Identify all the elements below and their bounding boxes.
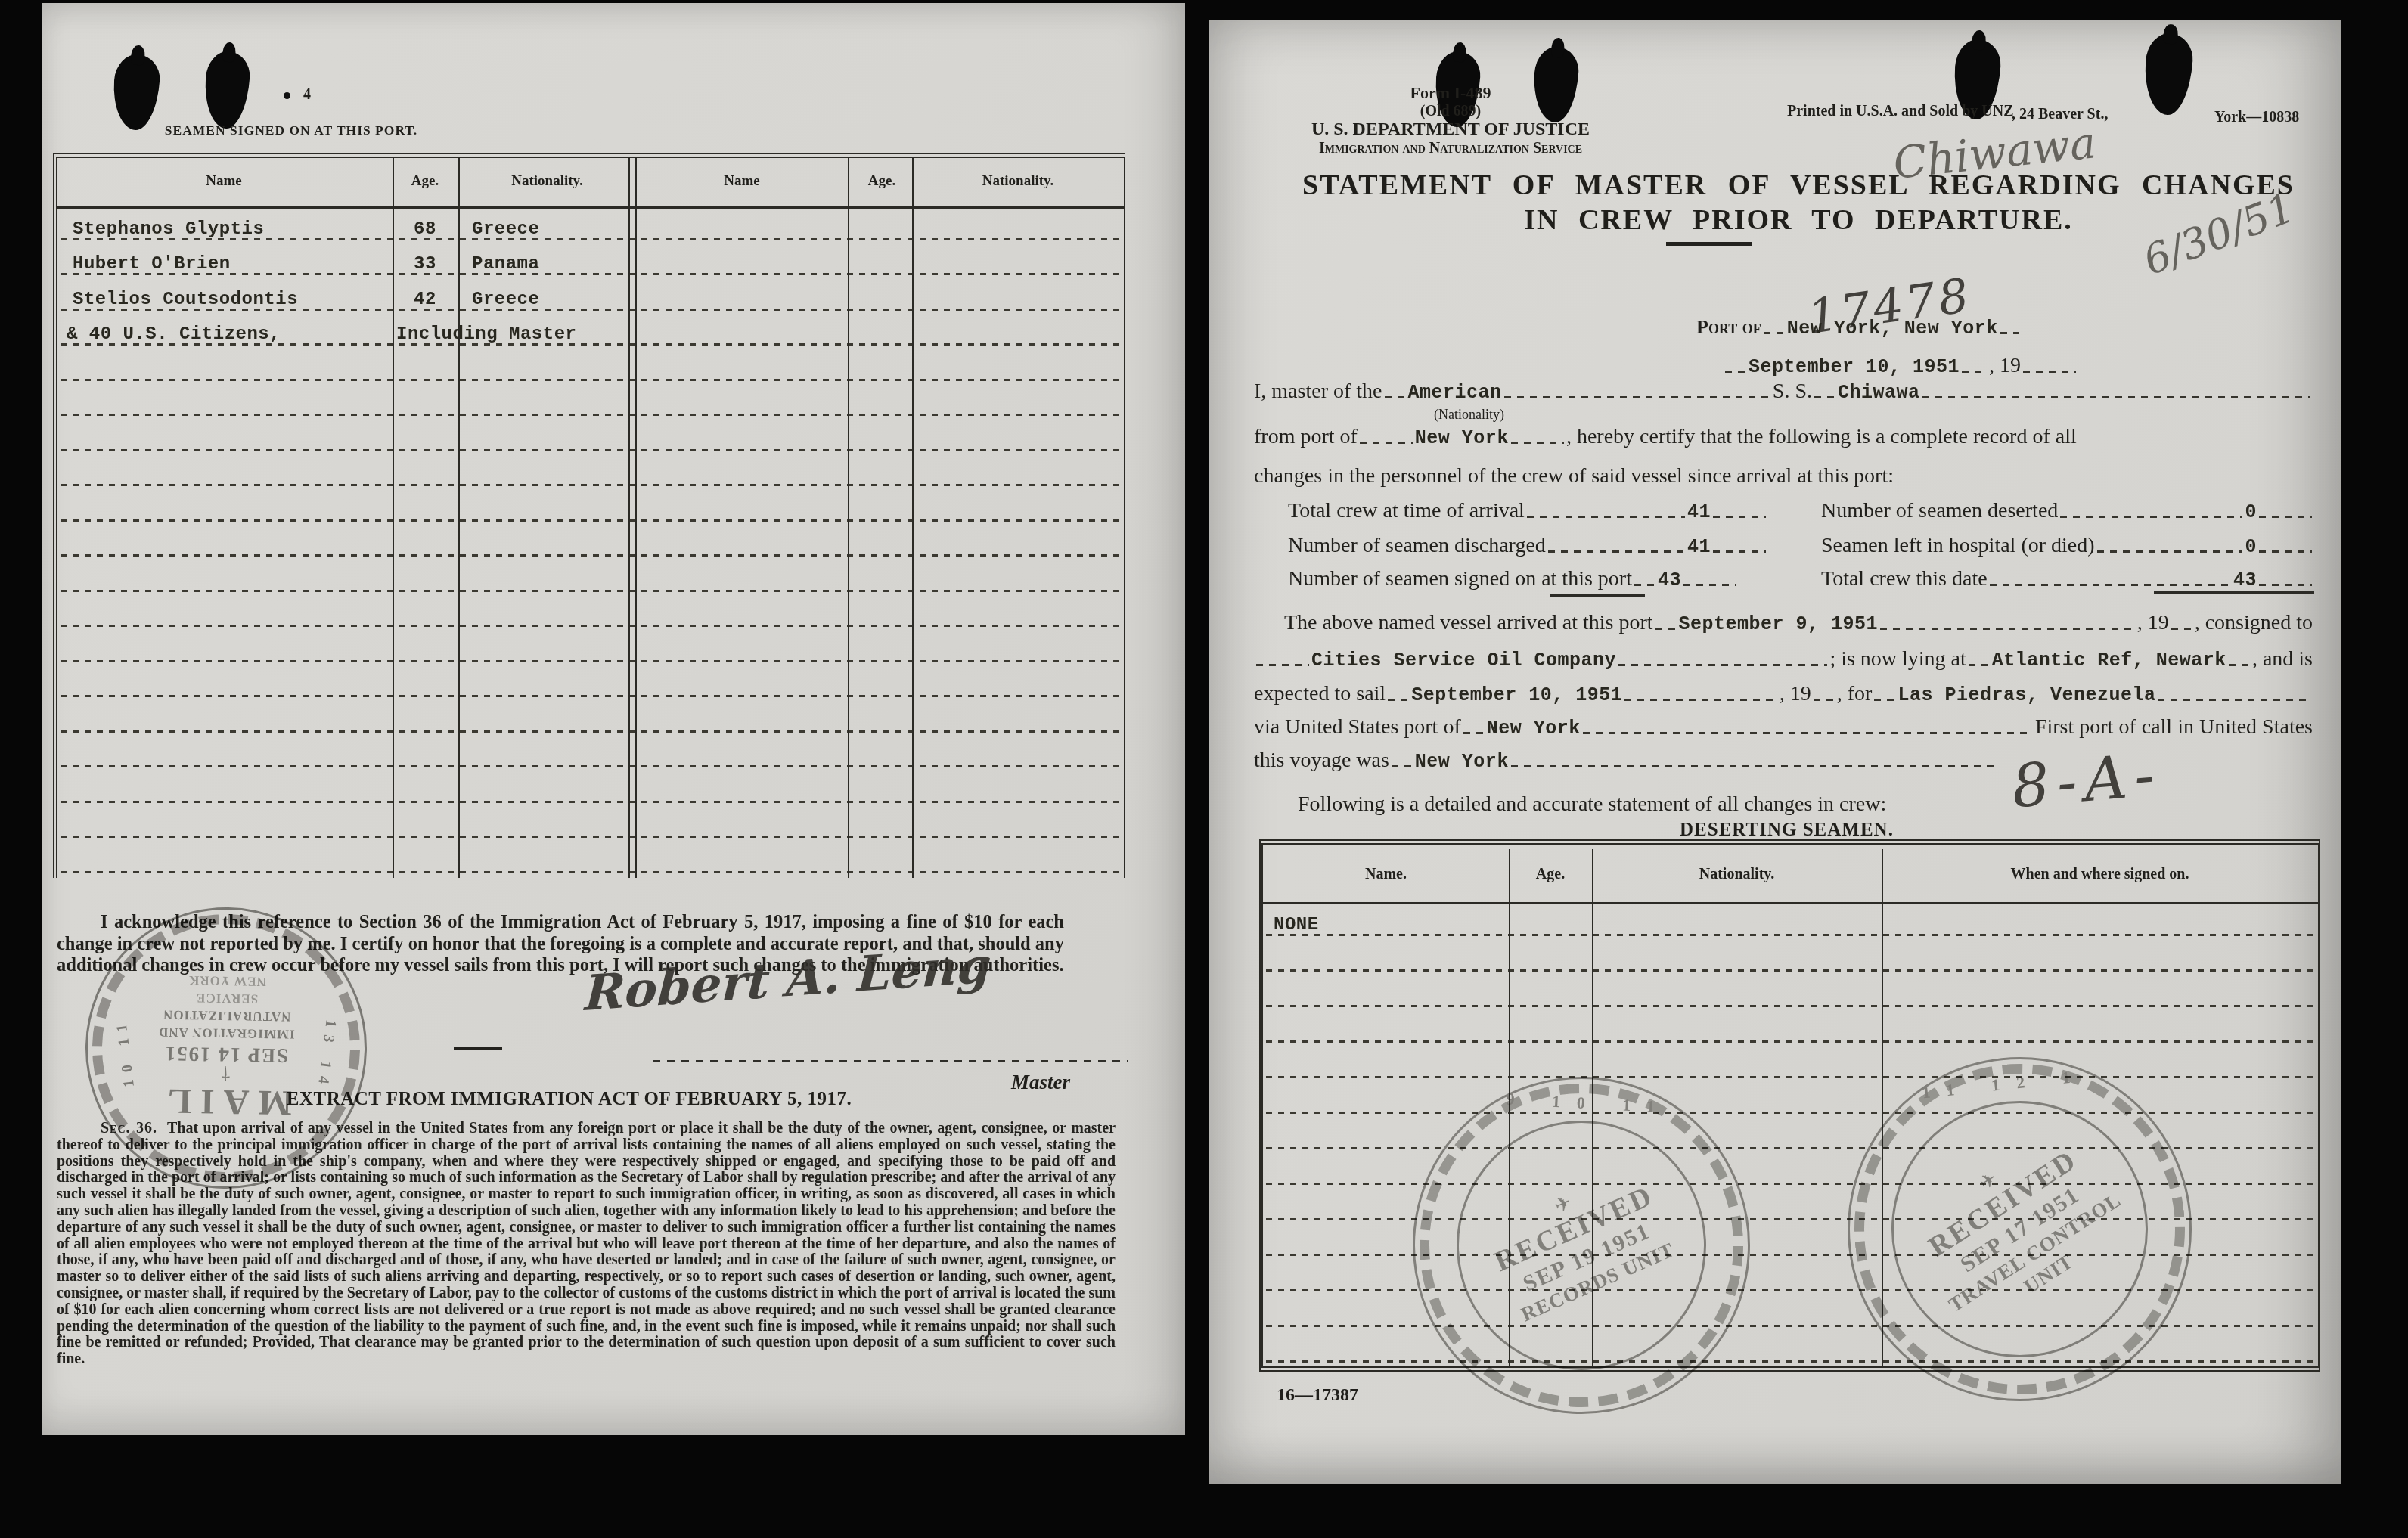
punch-hole-icon <box>111 53 162 132</box>
empty-table-row <box>57 560 1124 596</box>
arrived-date: September 9, 1951 <box>1679 613 1879 635</box>
column-header-age: Age. <box>1509 866 1592 883</box>
from-port-tail: , hereby certify that the following is a… <box>1566 425 2077 449</box>
for-label: , for <box>1837 682 1873 706</box>
column-divider <box>458 158 460 878</box>
row-note: Including Master <box>396 324 576 345</box>
dashed-line <box>61 309 1121 311</box>
following-line: Following is a detailed and accurate sta… <box>1298 792 1886 817</box>
column-divider <box>1509 849 1510 1366</box>
and-is-label: , and is <box>2252 647 2313 671</box>
none-entry: NONE <box>1274 915 1319 935</box>
dashed-line <box>1266 934 2315 936</box>
page-number: 4 <box>303 86 311 104</box>
dashed-line <box>1874 699 1895 701</box>
stat-line: Seamen left in hospital (or died) 0 <box>1821 534 2314 558</box>
seaman-name: Stephanos Glyptis <box>73 219 264 240</box>
extract-heading: EXTRACT FROM IMMIGRATION ACT OF FEBRUARY… <box>42 1089 1097 1110</box>
dashed-line <box>61 836 1121 838</box>
stamp-date: SEP 14 1951 <box>163 1042 288 1068</box>
section-rule <box>454 1047 502 1050</box>
dashed-line <box>1266 1147 2315 1149</box>
form-number: Form I-489 <box>1292 83 1609 103</box>
dashed-line <box>1266 1076 2315 1078</box>
dashed-line <box>2259 516 2312 518</box>
printer-line: Printed in U.S.A. and Sold by UNZ <box>1787 103 2014 120</box>
dashed-line <box>1548 550 1685 553</box>
dashed-line <box>1256 664 1309 666</box>
stat-value: 0 <box>2245 536 2257 558</box>
vessel-nationality-value: American <box>1408 382 1502 404</box>
consignee-value: Cities Service Oil Company <box>1311 650 1616 671</box>
stat-label: Number of seamen signed on at this port <box>1288 567 1632 591</box>
punch-hole-icon <box>203 50 252 130</box>
handwritten-code: 8-A- <box>2009 741 2164 822</box>
empty-table-row <box>57 385 1124 420</box>
stat-line: Number of seamen discharged 41 <box>1288 534 1768 558</box>
dashed-line <box>1266 1325 2315 1327</box>
stat-line: Number of seamen signed on at this port … <box>1288 567 1768 591</box>
date-value: September 10, 1951 <box>1749 356 1960 378</box>
column-header-nationality: Nationality. <box>1592 866 1882 883</box>
dashed-line <box>1392 765 1413 767</box>
dashed-line <box>1504 396 1770 398</box>
agency-name: U. S. DEPARTMENT OF JUSTICE <box>1292 119 1609 140</box>
dashed-line <box>61 801 1121 803</box>
dashed-line <box>61 660 1121 662</box>
table-rows: NONE <box>1263 904 2318 1366</box>
empty-table-row <box>57 490 1124 526</box>
dashed-line <box>1962 371 1987 373</box>
master-line: I, master of the American S. S. Chiwawa <box>1254 380 2313 404</box>
empty-table-row <box>1263 1260 2318 1295</box>
arrival-line-4: via United States port of New York First… <box>1254 715 2313 740</box>
printer-line: York—10838 <box>2214 109 2299 126</box>
dashed-line <box>2158 699 2310 701</box>
table-row: NONE <box>1263 904 2318 940</box>
dashed-line <box>1725 371 1746 373</box>
column-header-name: Name. <box>1263 866 1509 883</box>
column-header-when-where: When and where signed on. <box>1882 866 2318 883</box>
seaman-age: 33 <box>394 254 456 274</box>
stat-label: Total crew at time of arrival <box>1288 499 1525 523</box>
dashed-line <box>2171 628 2192 630</box>
form-id-block: Form I-489 (Old 689) U. S. DEPARTMENT OF… <box>1292 83 1609 157</box>
dashed-line <box>2023 371 2076 373</box>
seaman-nationality: Greece <box>472 219 539 240</box>
dashed-line <box>2259 584 2312 586</box>
dashed-line <box>1624 699 1777 701</box>
dashed-line <box>1511 765 2000 767</box>
ss-label: S. S. <box>1773 380 1812 404</box>
signature-line <box>653 1060 1128 1062</box>
empty-table-row <box>57 771 1124 807</box>
deserting-seamen-table: Name. Age. Nationality. When and where s… <box>1259 839 2320 1372</box>
dashed-line <box>1922 396 2310 398</box>
stat-label: Number of seamen discharged <box>1288 534 1546 558</box>
table-row: ✓ Hubert O'Brien 33 Panama <box>57 244 1124 280</box>
sail-lead: expected to sail <box>1254 682 1386 706</box>
seaman-name: & 40 U.S. Citizens, <box>67 324 281 345</box>
stamp-org: IMMIGRATION AND <box>158 1025 295 1042</box>
dashed-line <box>1266 1183 2315 1185</box>
dashed-line <box>1511 442 1564 444</box>
dashed-line <box>2259 550 2312 553</box>
dashed-line <box>61 449 1121 451</box>
dashed-line <box>1388 699 1409 701</box>
destination-value: Las Piedras, Venezuela <box>1898 684 2155 706</box>
voyage-lead: this voyage was <box>1254 749 1389 773</box>
title-rule <box>1666 242 1752 246</box>
consigned-label: , consigned to <box>2195 611 2313 635</box>
dashed-line <box>1634 584 1655 586</box>
empty-table-row <box>57 596 1124 631</box>
column-divider <box>393 158 394 878</box>
extract-text: That upon arrival of any vessel in the U… <box>57 1120 1116 1367</box>
stamp-ring-numbers: 13 14 <box>313 1019 339 1092</box>
dashed-line <box>61 554 1121 557</box>
lying-label: ; is now lying at <box>1829 647 1966 671</box>
from-port-lead: from port of <box>1254 425 1358 449</box>
dashed-line <box>1990 584 2231 586</box>
dashed-line <box>1713 550 1766 553</box>
dashed-line <box>61 414 1121 416</box>
empty-table-row <box>1263 1153 2318 1189</box>
empty-table-row <box>57 842 1124 877</box>
dashed-line <box>1655 628 1677 630</box>
empty-table-row <box>57 666 1124 702</box>
column-header-nationality: Nationality. <box>916 173 1120 190</box>
ink-speck <box>284 92 290 99</box>
seaman-age: 42 <box>394 290 456 310</box>
dashed-line <box>1463 732 1485 734</box>
dashed-line <box>1618 664 1827 666</box>
table-row: & 40 U.S. Citizens, Including Master <box>57 315 1124 350</box>
table-rows: ✗ Stephanos Glyptis 68 Greece ✓ Hubert O… <box>57 209 1124 878</box>
stat-value: 43 <box>1658 569 1681 591</box>
stat-line: Total crew this date 43 <box>1821 567 2314 591</box>
year-label: , 19 <box>1780 682 1811 706</box>
dashed-line <box>1683 584 1736 586</box>
table-row: ✓ Stelios Coutsodontis 42 Greece <box>57 279 1124 315</box>
lying-at-value: Atlantic Ref, Newark <box>1992 650 2226 671</box>
first-call-label: First port of call in United States <box>2035 715 2313 740</box>
from-port-value: New York <box>1415 427 1509 449</box>
empty-table-row <box>1263 1011 2318 1047</box>
dashed-line <box>61 695 1121 697</box>
column-header-age: Age. <box>385 173 465 190</box>
dashed-line <box>1266 1289 2315 1291</box>
seaman-name: Stelios Coutsodontis <box>73 290 298 310</box>
deserting-seamen-heading: DESERTING SEAMEN. <box>1259 820 2314 841</box>
table-row: ✗ Stephanos Glyptis 68 Greece <box>57 209 1124 244</box>
arrival-lead: The above named vessel arrived at this p… <box>1284 611 1653 635</box>
dashed-line <box>61 484 1121 486</box>
form-title-line2: IN CREW PRIOR TO DEPARTURE. <box>1269 203 2328 237</box>
column-header-name: Name <box>103 173 345 190</box>
stat-value: 41 <box>1687 501 1711 523</box>
section-lead: Sec. 36. <box>101 1120 157 1136</box>
empty-table-row <box>1263 1331 2318 1366</box>
column-divider <box>848 158 849 878</box>
empty-table-row <box>1263 940 2318 975</box>
column-divider <box>1882 849 1883 1366</box>
dashed-line <box>1527 516 1685 518</box>
year-prefix: , 19 <box>1989 354 2021 378</box>
empty-table-row <box>57 736 1124 772</box>
port-of-value: New York, New York <box>1787 318 1998 340</box>
left-page-title: SEAMEN SIGNED ON AT THIS PORT. <box>102 122 480 138</box>
column-divider <box>912 158 914 878</box>
arrival-line-2: Cities Service Oil Company ; is now lyin… <box>1254 647 2313 671</box>
form-title-line1: STATEMENT OF MASTER OF VESSEL REGARDING … <box>1269 168 2328 203</box>
first-port-value: New York <box>1415 751 1509 773</box>
dashed-line <box>61 379 1121 381</box>
dashed-line <box>61 765 1121 767</box>
dashed-line <box>61 730 1121 733</box>
stat-line: Total crew at time of arrival 41 <box>1288 499 1768 523</box>
stat-value: 0 <box>2245 501 2257 523</box>
dashed-line <box>1713 516 1766 518</box>
dashed-line <box>1385 396 1406 398</box>
seaman-nationality: Greece <box>472 290 539 310</box>
sum-rule <box>1550 594 1645 597</box>
dashed-line <box>2097 550 2243 553</box>
arrival-line-3: expected to sail September 10, 1951 , 19… <box>1254 682 2313 706</box>
left-page: 4 SEAMEN SIGNED ON AT THIS PORT. Name Ag… <box>42 3 1185 1435</box>
empty-table-row <box>57 349 1124 385</box>
empty-table-row <box>57 455 1124 491</box>
agency-service: Immigration and Naturalization Service <box>1292 140 1609 157</box>
form-title: STATEMENT OF MASTER OF VESSEL REGARDING … <box>1269 168 2328 237</box>
from-port-line: from port of New York , hereby certify t… <box>1254 425 2313 449</box>
stamp-ring-numbers: 10 11 <box>113 1016 138 1088</box>
changes-line: changes in the personnel of the crew of … <box>1254 464 1894 488</box>
dashed-line <box>1814 396 1835 398</box>
dashed-line <box>1583 732 2033 734</box>
empty-table-row <box>57 420 1124 455</box>
empty-table-row <box>1263 1118 2318 1153</box>
seaman-age: 68 <box>394 219 456 240</box>
date-line: September 10, 1951 , 19 <box>1723 354 2078 378</box>
column-header-name: Name <box>640 173 844 190</box>
scanned-document: 4 SEAMEN SIGNED ON AT THIS PORT. Name Ag… <box>0 0 2408 1538</box>
empty-table-row <box>57 526 1124 561</box>
stat-value: 41 <box>1687 536 1711 558</box>
empty-table-row <box>1263 1224 2318 1260</box>
empty-table-row <box>57 701 1124 736</box>
dashed-line <box>1880 628 2135 630</box>
via-lead: via United States port of <box>1254 715 1461 740</box>
stamp-org: NATURALIZATION <box>163 1007 291 1025</box>
stamp-org: SERVICE <box>196 991 258 1006</box>
via-port-value: New York <box>1487 718 1581 740</box>
dashed-line <box>1969 664 1990 666</box>
seaman-name: Hubert O'Brien <box>73 254 231 274</box>
dashed-line <box>61 871 1121 873</box>
dashed-line <box>1814 699 1835 701</box>
dashed-line <box>61 343 1121 346</box>
dashed-line <box>61 519 1121 522</box>
seaman-nationality: Panama <box>472 254 539 274</box>
extract-paragraph: Sec. 36. That upon arrival of any vessel… <box>57 1121 1116 1368</box>
arrival-line-5: this voyage was New York <box>1254 749 2003 773</box>
stat-value: 43 <box>2233 569 2257 591</box>
sum-rule <box>2154 591 2314 594</box>
stat-label: Total crew this date <box>1821 567 1988 591</box>
dashed-line <box>1360 442 1413 444</box>
dashed-line <box>61 238 1121 240</box>
cross-icon: † <box>221 1068 230 1079</box>
empty-table-row <box>1263 1189 2318 1224</box>
dashed-line <box>1266 1040 2315 1043</box>
dashed-line <box>2060 516 2242 518</box>
dashed-line <box>1764 332 1785 334</box>
port-of-label: Port of <box>1696 316 1761 339</box>
dashed-line <box>1266 1112 2315 1114</box>
empty-table-row <box>1263 975 2318 1011</box>
right-page: Form I-489 (Old 689) U. S. DEPARTMENT OF… <box>1209 20 2341 1484</box>
empty-table-row <box>57 631 1124 666</box>
nationality-caption: (Nationality) <box>1434 407 1504 423</box>
dashed-line <box>1266 1218 2315 1220</box>
column-header-nationality: Nationality. <box>466 173 628 190</box>
column-divider <box>1592 849 1593 1366</box>
port-of-line: Port of New York, New York <box>1696 316 2022 340</box>
dashed-line <box>1266 969 2315 972</box>
dashed-line <box>1266 1360 2315 1363</box>
empty-table-row <box>57 807 1124 842</box>
plate-number: 16—17387 <box>1277 1385 1358 1406</box>
dashed-line <box>2229 664 2250 666</box>
form-number-old: (Old 689) <box>1292 103 1609 119</box>
stat-label: Number of seamen deserted <box>1821 499 2058 523</box>
master-lead: I, master of the <box>1254 380 1382 404</box>
arrival-line-1: The above named vessel arrived at this p… <box>1254 611 2313 635</box>
seamen-signed-on-table: Name Age. Nationality. Name Age. Nationa… <box>53 153 1125 878</box>
column-header-age: Age. <box>850 173 914 190</box>
punch-hole-icon <box>2142 32 2194 116</box>
year-label: , 19 <box>2137 611 2169 635</box>
dashed-line <box>61 273 1121 275</box>
stat-line: Number of seamen deserted 0 <box>1821 499 2314 523</box>
empty-table-row <box>1263 1082 2318 1118</box>
column-divider-double <box>628 158 637 878</box>
dashed-line <box>1266 1254 2315 1256</box>
empty-table-row <box>1263 1047 2318 1082</box>
dashed-line <box>61 625 1121 627</box>
dashed-line <box>61 590 1121 592</box>
dashed-line <box>1266 1005 2315 1007</box>
empty-table-row <box>1263 1295 2318 1331</box>
stat-label: Seamen left in hospital (or died) <box>1821 534 2095 558</box>
dashed-line <box>2000 332 2019 334</box>
vessel-name-value: Chiwawa <box>1838 382 1920 404</box>
sail-date: September 10, 1951 <box>1411 684 1622 706</box>
